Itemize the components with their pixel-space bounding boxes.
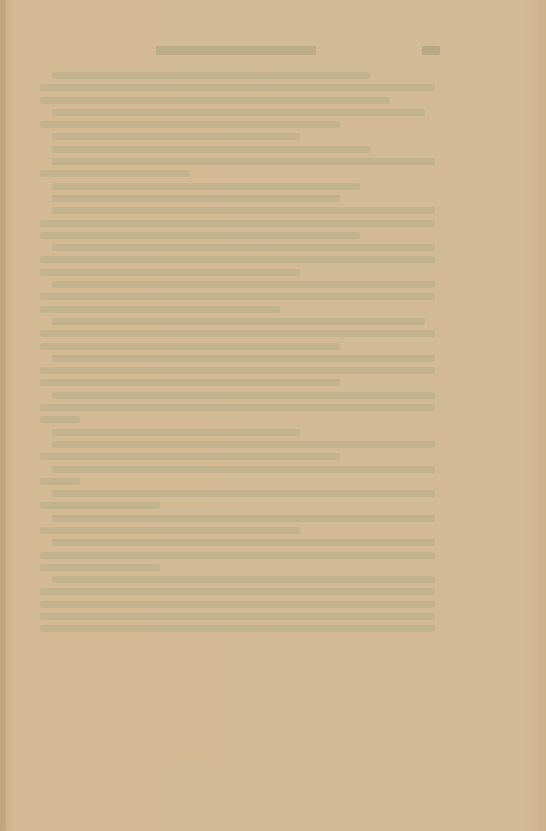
text-line [40, 220, 435, 227]
text-line [52, 207, 435, 214]
text-line [52, 466, 435, 473]
text-line [40, 502, 160, 509]
text-line [40, 613, 435, 620]
text-line [52, 158, 435, 165]
page-body [40, 72, 440, 638]
text-line [40, 601, 435, 608]
text-line [40, 478, 80, 485]
text-line [52, 281, 435, 288]
text-line [40, 453, 340, 460]
text-line [52, 318, 425, 325]
text-line [52, 539, 435, 546]
text-line [40, 256, 435, 263]
text-line [40, 232, 360, 239]
text-line [52, 490, 435, 497]
running-title [156, 46, 316, 55]
text-line [40, 269, 300, 276]
text-line [52, 146, 370, 153]
text-line [40, 552, 435, 559]
text-line [40, 306, 280, 313]
text-line [52, 576, 435, 583]
page-number [422, 46, 440, 55]
page-spine-shadow [0, 0, 6, 831]
text-line [40, 404, 435, 411]
text-line [52, 441, 435, 448]
text-line [40, 170, 190, 177]
text-line [52, 72, 370, 79]
text-line [40, 625, 435, 632]
text-line [52, 183, 360, 190]
text-line [40, 84, 435, 91]
text-line [40, 330, 435, 337]
text-line [40, 367, 435, 374]
text-line [52, 515, 435, 522]
text-line [40, 293, 435, 300]
text-line [52, 195, 340, 202]
text-line [40, 343, 340, 350]
text-line [40, 97, 390, 104]
text-line [52, 429, 300, 436]
document-page [0, 0, 546, 831]
page-header [150, 46, 450, 60]
text-line [52, 244, 435, 251]
text-line [52, 355, 435, 362]
text-line [40, 379, 340, 386]
text-line [52, 392, 435, 399]
text-line [40, 416, 80, 423]
text-line [52, 109, 425, 116]
text-line [40, 121, 340, 128]
text-line [52, 133, 300, 140]
text-line [40, 527, 300, 534]
text-line [40, 588, 435, 595]
text-line [40, 564, 160, 571]
